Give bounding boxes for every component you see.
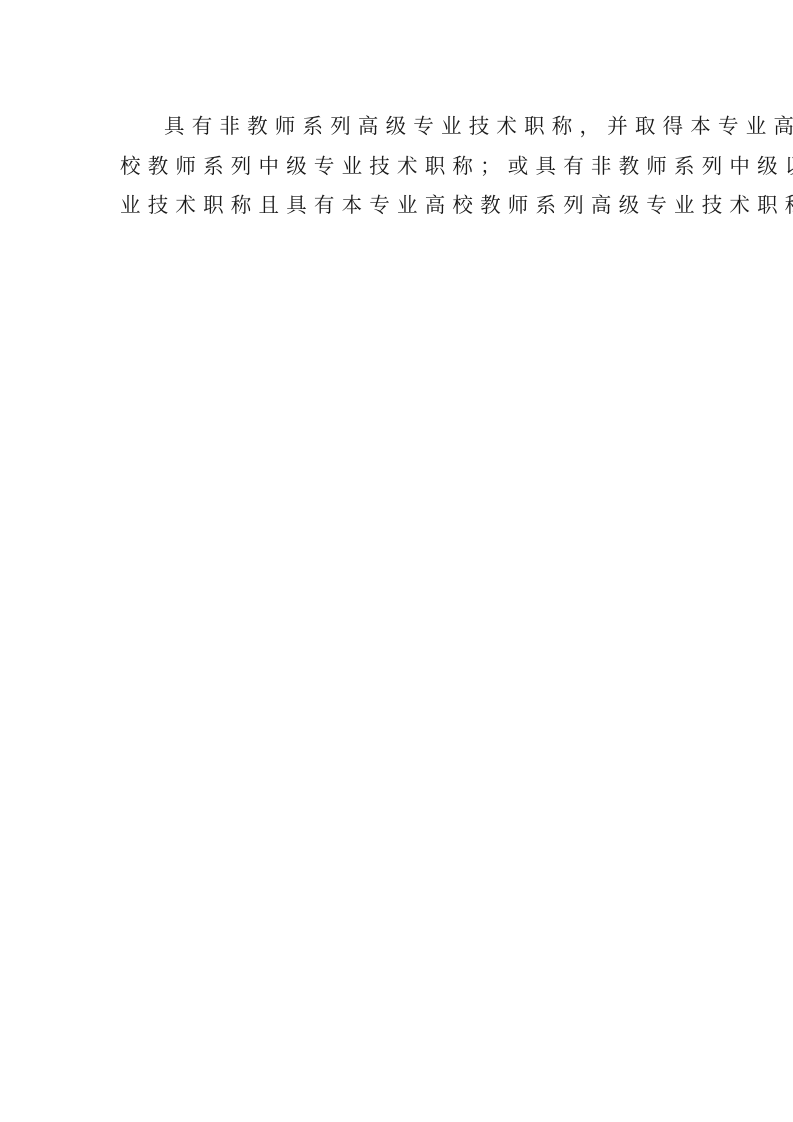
paragraph-line-1: 具有非教师系列高级专业技术职称，并取得本专业高等学 — [120, 107, 680, 147]
paragraph-line-2: 校教师系列中级专业技术职称；或具有非教师系列中级以上专 — [120, 147, 680, 187]
document-page: 具有非教师系列高级专业技术职称，并取得本专业高等学 校教师系列中级专业技术职称；… — [0, 0, 793, 1122]
body-paragraph: 具有非教师系列高级专业技术职称，并取得本专业高等学 校教师系列中级专业技术职称；… — [120, 107, 680, 226]
paragraph-line-3: 业技术职称且具有本专业高校教师系列高级专业技术职称。 — [120, 186, 680, 226]
